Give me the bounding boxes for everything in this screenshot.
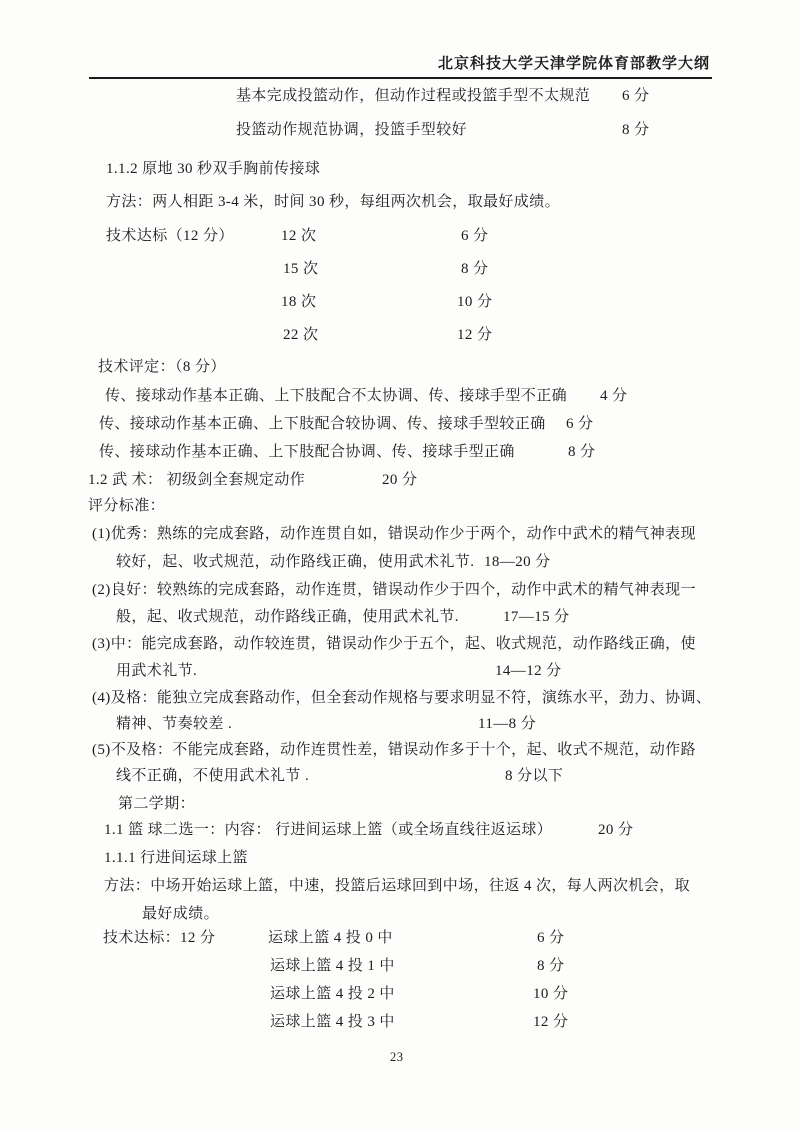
page-header-title: 北京科技大学天津学院体育部教学大纲 — [438, 52, 710, 73]
criterion-score: 14—12 分 — [495, 663, 562, 680]
criterion-score: 11—8 分 — [478, 716, 536, 733]
score-cell: 6 分 — [622, 88, 649, 105]
page-number: 23 — [390, 1050, 404, 1065]
item-cell: 运球上篮 4 投 0 中 — [268, 930, 393, 947]
score-cell: 10 分 — [457, 294, 492, 311]
score-line-text: 投篮动作规范协调，投篮手型较好 — [236, 122, 467, 139]
criterion-line2: 精神、节奏较差 . — [116, 716, 232, 733]
basketball-method-line1: 方法：中场开始运球上篮，中速，投篮后运球回到中场，往返 4 次，每人两次机会，取 — [104, 878, 690, 895]
score-cell: 20 分 — [382, 472, 417, 489]
criterion-line2: 较好，起、收式规范，动作路线正确，使用武术礼节. — [116, 554, 474, 571]
count-cell: 12 次 — [281, 228, 316, 245]
score-cell: 12 分 — [533, 1014, 568, 1031]
semester-2-heading: 第二学期： — [118, 796, 195, 813]
count-cell: 18 次 — [281, 294, 316, 311]
criterion-line1: (3)中：能完成套路，动作较连贯，错误动作少于五个，起、收式规范，动作路线正确，… — [92, 636, 696, 653]
score-cell: 8 分 — [568, 444, 595, 461]
evaluation-text: 传、接球动作基本正确、上下肢配合协调、传、接球手型正确 — [99, 444, 515, 461]
standard-label: 技术达标（12 分） — [106, 228, 234, 245]
criterion-line2: 般，起、收式规范，动作路线正确，使用武术礼节. — [116, 609, 459, 626]
passing-method-text: 方法：两人相距 3-4 米，时间 30 秒，每组两次机会，取最好成绩。 — [106, 194, 560, 211]
criterion-score: 17—15 分 — [503, 609, 570, 626]
score-cell: 12 分 — [457, 327, 492, 344]
standard-label: 技术达标：12 分 — [103, 930, 215, 947]
item-cell: 运球上篮 4 投 1 中 — [270, 958, 395, 975]
score-line-text: 基本完成投篮动作，但动作过程或投篮手型不太规范 — [236, 88, 590, 105]
score-cell: 8 分 — [461, 261, 488, 278]
basketball-subheading: 1.1.1 行进间运球上篮 — [104, 850, 248, 867]
score-cell: 6 分 — [566, 416, 593, 433]
criterion-score: 18—20 分 — [484, 554, 551, 571]
criterion-line2: 用武术礼节. — [116, 663, 197, 680]
criterion-line1: (4)及格：能独立完成套路动作，但全套动作规格与要求明显不符，演练水平，劲力、协… — [92, 690, 711, 707]
criteria-label: 评分标准： — [88, 498, 165, 515]
item-cell: 运球上篮 4 投 3 中 — [270, 1014, 395, 1031]
criterion-line1: (2)良好：较熟练的完成套路，动作连贯，错误动作少于四个，动作中武术的精气神表现… — [92, 582, 696, 599]
item-cell: 运球上篮 4 投 2 中 — [270, 986, 395, 1003]
evaluation-label: 技术评定：（8 分） — [98, 359, 226, 376]
criterion-line2: 线不正确，不使用武术礼节 . — [116, 768, 309, 785]
score-cell: 4 分 — [600, 388, 627, 405]
score-cell: 20 分 — [598, 822, 633, 839]
count-cell: 22 次 — [283, 327, 318, 344]
score-cell: 10 分 — [533, 986, 568, 1003]
section-1-2-heading: 1.2 武 术： 初级剑全套规定动作 — [88, 472, 305, 489]
basketball-method-line2: 最好成绩。 — [142, 906, 219, 923]
criterion-line1: (5)不及格：不能完成套路，动作连贯性差，错误动作多于十个，起、收式不规范，动作… — [92, 742, 696, 759]
basketball-heading: 1.1 篮 球二选一：内容： 行进间运球上篮（或全场直线往返运球） — [104, 822, 552, 839]
document-page: 北京科技大学天津学院体育部教学大纲 基本完成投篮动作，但动作过程或投篮手型不太规… — [0, 0, 800, 1131]
score-cell: 8 分 — [622, 122, 649, 139]
score-cell: 6 分 — [537, 930, 564, 947]
criterion-line1: (1)优秀：熟练的完成套路，动作连贯自如，错误动作少于两个，动作中武术的精气神表… — [92, 526, 696, 543]
section-1-1-2-heading: 1.1.2 原地 30 秒双手胸前传接球 — [106, 161, 320, 178]
score-cell: 8 分 — [537, 958, 564, 975]
evaluation-text: 传、接球动作基本正确、上下肢配合不太协调、传、接球手型不正确 — [105, 388, 567, 405]
criterion-score: 8 分以下 — [505, 768, 563, 785]
evaluation-text: 传、接球动作基本正确、上下肢配合较协调、传、接球手型较正确 — [99, 416, 546, 433]
count-cell: 15 次 — [283, 261, 318, 278]
score-cell: 6 分 — [461, 228, 488, 245]
header-divider — [89, 77, 712, 79]
